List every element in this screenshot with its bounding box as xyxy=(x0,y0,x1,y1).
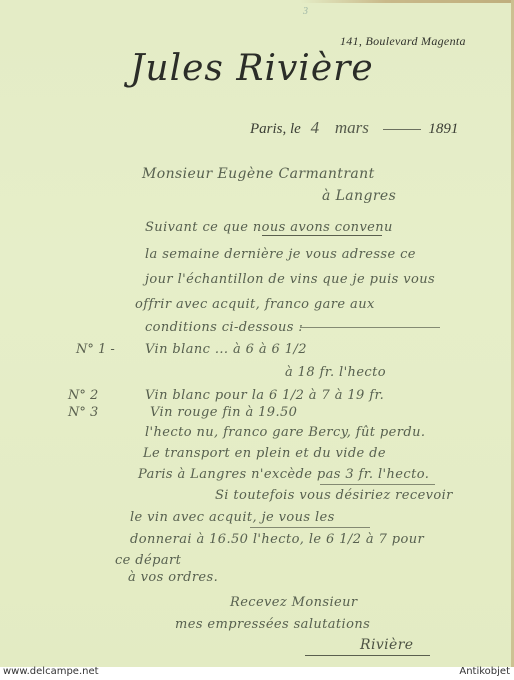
body-underline xyxy=(320,484,435,485)
body-line: à vos ordres. xyxy=(128,570,218,585)
amount-line: donnerai à 16.50 l'hecto, le 6 1/2 à 7 p… xyxy=(130,532,424,547)
watermark-bar: www.delcampe.net Antikobjet xyxy=(0,667,514,680)
date-rule xyxy=(383,129,421,130)
body-line: la semaine dernière je vous adresse ce xyxy=(145,247,416,262)
item-line: Vin blanc ... à 6 à 6 1/2 xyxy=(145,342,307,357)
body-line: donnerai à 16.50 l'hecto, le 6 1/2 à 7 p… xyxy=(130,532,424,547)
recipient-line-1: Monsieur Eugène Carmantrant xyxy=(142,166,375,182)
date-day: 4 xyxy=(311,118,320,137)
body-line: Suivant ce que nous avons convenu xyxy=(145,220,393,235)
paper-top-edge xyxy=(300,0,514,3)
letterhead-address: 141, Boulevard Magenta xyxy=(340,34,466,49)
body-line: conditions ci-dessous : xyxy=(145,320,303,335)
body-line: Paris à Langres n'excède pas 3 fr. l'hec… xyxy=(138,467,429,482)
body-line: offrir avec acquit, franco gare aux xyxy=(135,297,375,312)
closing-line: Recevez Monsieur xyxy=(230,595,358,610)
recipient-underline xyxy=(262,235,382,236)
signature: Rivière xyxy=(360,637,413,653)
body-underline xyxy=(250,527,370,528)
item-line-2: à 18 fr. l'hecto xyxy=(285,365,386,380)
body-line: Le transport en plein et du vide de xyxy=(143,446,386,461)
body-line: l'hecto nu, franco gare Bercy, fût perdu… xyxy=(145,425,425,440)
corner-annotation: 3 xyxy=(303,6,308,17)
body-line: le vin avec acquit, je vous les xyxy=(130,510,335,525)
letterhead-name: Jules Rivière xyxy=(130,48,374,89)
watermark-seller: Antikobjet xyxy=(459,666,510,677)
item-number: N° 3 xyxy=(68,405,98,420)
recipient-line-2: à Langres xyxy=(322,188,396,204)
dateline: Paris, le 4 mars 1891 xyxy=(250,118,458,138)
body-line: Si toutefois vous désiriez recevoir xyxy=(215,488,453,503)
body-line: jour l'échantillon de vins que je puis v… xyxy=(145,272,435,287)
letter-sheet: 3 141, Boulevard Magenta Jules Rivière P… xyxy=(0,0,514,667)
date-month: mars xyxy=(335,118,369,137)
watermark-site: www.delcampe.net xyxy=(3,666,99,677)
date-year: 1891 xyxy=(428,121,458,137)
item-line: Vin rouge fin à 19.50 xyxy=(150,405,297,420)
signature-underline xyxy=(305,655,430,656)
item-number: N° 1 - xyxy=(76,342,115,357)
closing-line: mes empressées salutations xyxy=(175,617,370,632)
body-underline xyxy=(300,327,440,328)
body-line: ce départ xyxy=(115,553,181,568)
item-line: Vin blanc pour la 6 1/2 à 7 à 19 fr. xyxy=(145,388,384,403)
item-number: N° 2 xyxy=(68,388,98,403)
date-place: Paris, le xyxy=(250,121,301,137)
